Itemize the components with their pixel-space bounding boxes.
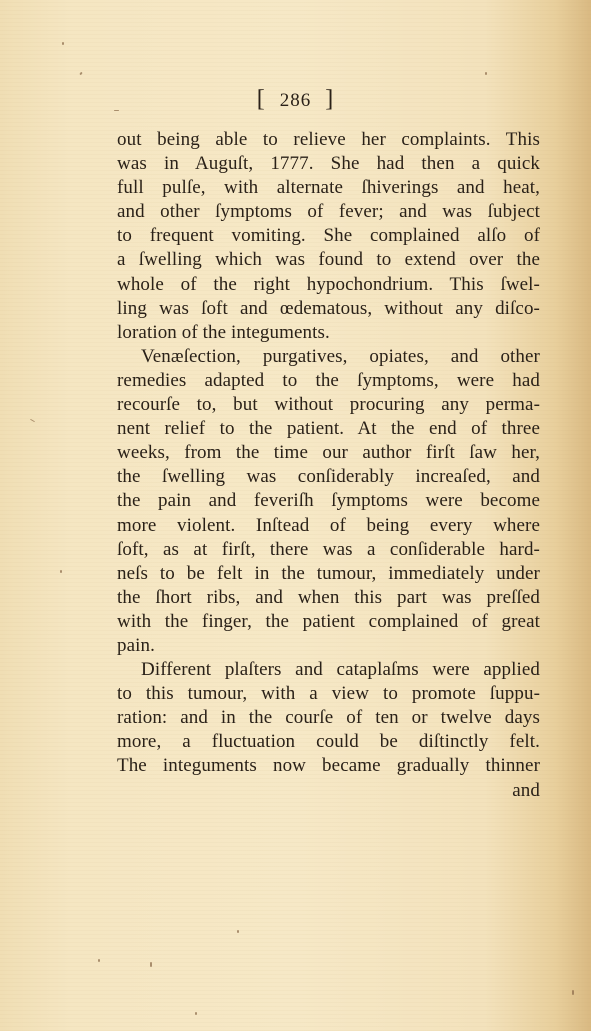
paper-speck: [572, 990, 574, 995]
text-line: out being able to relieve her complaints…: [117, 128, 540, 152]
text-line: was in Auguſt, 1777. She had then a quic…: [117, 152, 540, 176]
text-line: more, a fluctuation could be diſtinctly …: [117, 730, 540, 754]
page-header: [286]: [0, 86, 591, 113]
text-line: full pulſe, with alternate ſhiverings an…: [117, 176, 540, 200]
paper-speck: [485, 72, 487, 75]
text-line: and other ſymptoms of fever; and was ſub…: [117, 200, 540, 224]
text-line: whole of the right hypochondrium. This ſ…: [117, 273, 540, 297]
text-line: ling was ſoft and œdematous, without any…: [117, 297, 540, 321]
paragraph-end-line: pain.: [117, 634, 540, 658]
text-line: recourſe to, but without procuring any p…: [117, 393, 540, 417]
paper-speck: [98, 959, 100, 962]
paper-speck: [79, 72, 82, 76]
text-line: the ſhort ribs, and when this part was p…: [117, 586, 540, 610]
paper-speck: [30, 419, 35, 422]
text-line: a ſwelling which was found to extend ove…: [117, 248, 540, 272]
paper-speck: [114, 110, 119, 111]
text-line: neſs to be felt in the tumour, immediate…: [117, 562, 540, 586]
catchword: and: [117, 779, 540, 803]
right-bracket: ]: [325, 86, 334, 112]
text-line: more violent. Inſtead of being every whe…: [117, 514, 540, 538]
text-line: with the finger, the patient complained …: [117, 610, 540, 634]
text-line: ration: and in the courſe of ten or twel…: [117, 706, 540, 730]
text-line: to this tumour, with a view to promote ſ…: [117, 682, 540, 706]
text-line: the pain and feveriſh ſymptoms were beco…: [117, 489, 540, 513]
paper-speck: [62, 42, 64, 45]
paragraph-end-line: loration of the integuments.: [117, 321, 540, 345]
paper-speck: [150, 962, 152, 967]
text-line: ſoft, as at firſt, there was a conſidera…: [117, 538, 540, 562]
body-text: out being able to relieve her complaints…: [117, 128, 540, 803]
paper-speck: [195, 1012, 197, 1015]
left-bracket: [: [257, 86, 266, 112]
paragraph-start-line: Venæſection, purgatives, opiates, and ot…: [117, 345, 540, 369]
book-page: [286] out being able to relieve her comp…: [0, 0, 591, 1031]
paragraph-start-line: Different plaſters and cataplaſms were a…: [117, 658, 540, 682]
page-number: 286: [280, 90, 312, 111]
text-line: to frequent vomiting. She complained alſ…: [117, 224, 540, 248]
paper-speck: [237, 930, 239, 933]
text-line: weeks, from the time our author firſt ſa…: [117, 441, 540, 465]
text-line: The integuments now became gradually thi…: [117, 754, 540, 778]
paper-speck: [60, 570, 62, 573]
text-line: the ſwelling was conſiderably increaſed,…: [117, 465, 540, 489]
text-line: remedies adapted to the ſymptoms, were h…: [117, 369, 540, 393]
text-line: nent relief to the patient. At the end o…: [117, 417, 540, 441]
